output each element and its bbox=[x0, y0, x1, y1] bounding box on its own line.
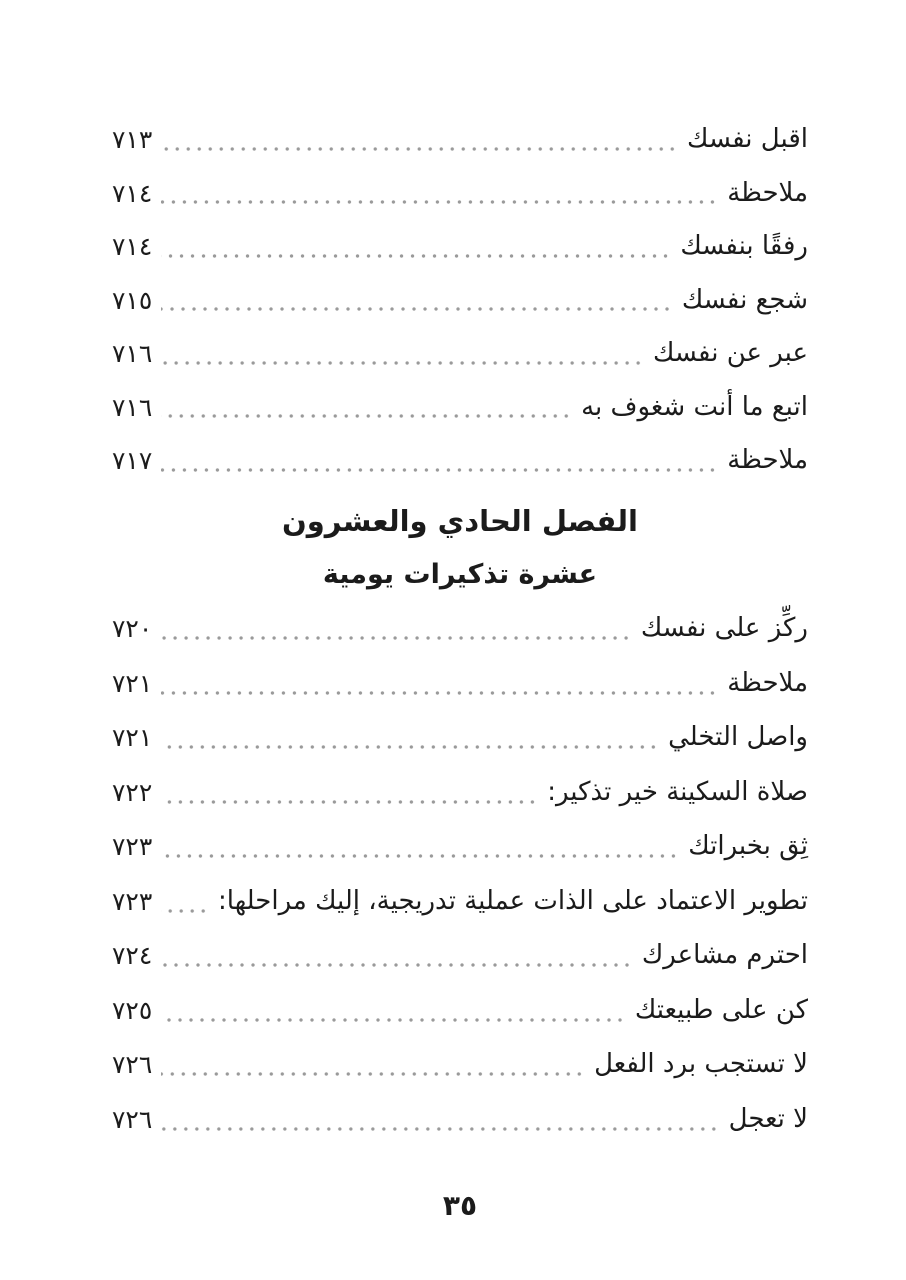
toc-entry-row: اتبع ما أنت شغوف به ٧١٦ bbox=[112, 381, 808, 435]
toc-entry-row: ثِق بخبراتك ٧٢٣ bbox=[112, 820, 808, 875]
toc-entry-row: لا تستجب برد الفعل ٧٢٦ bbox=[112, 1038, 808, 1093]
toc-entry-title: ركِّز على نفسك bbox=[641, 611, 808, 646]
toc-entry-row: رفقًا بنفسك ٧١٤ bbox=[112, 220, 808, 274]
toc-entry-page-number: ٧١٦ bbox=[112, 339, 152, 368]
dot-leader bbox=[161, 929, 633, 984]
toc-entry-row: لا تعجل ٧٢٦ bbox=[112, 1092, 808, 1147]
toc-entry-title: ثِق بخبراتك bbox=[688, 829, 808, 864]
dot-leader bbox=[161, 874, 209, 929]
toc-entry-row: ركِّز على نفسك ٧٢٠ bbox=[112, 602, 808, 657]
dot-leader bbox=[161, 656, 718, 711]
toc-entry-page-number: ٧٢٤ bbox=[112, 941, 152, 970]
toc-entry-page-number: ٧١٤ bbox=[112, 179, 152, 208]
toc-entry-page-number: ٧١٣ bbox=[112, 125, 152, 154]
dot-leader bbox=[161, 983, 626, 1038]
toc-entry-row: عبر عن نفسك ٧١٦ bbox=[112, 327, 808, 381]
dot-leader bbox=[161, 113, 678, 167]
toc-entry-row: اقبل نفسك ٧١٣ bbox=[112, 113, 808, 167]
dot-leader bbox=[161, 1038, 585, 1093]
dot-leader bbox=[161, 434, 718, 488]
toc-entry-page-number: ٧٢٦ bbox=[112, 1105, 152, 1134]
toc-entry-title: شجع نفسك bbox=[682, 283, 808, 318]
toc-entry-title: عبر عن نفسك bbox=[653, 336, 808, 371]
dot-leader bbox=[161, 381, 572, 435]
toc-entry-title: ملاحظة bbox=[727, 176, 808, 211]
toc-entry-page-number: ٧٢٣ bbox=[112, 887, 152, 916]
dot-leader bbox=[161, 220, 671, 274]
toc-entry-title: احترم مشاعرك bbox=[642, 938, 808, 973]
toc-section-1: اقبل نفسك ٧١٣ ملاحظة ٧١٤ رفقًا بنفسك ٧١٤… bbox=[112, 113, 808, 488]
toc-section-2: ركِّز على نفسك ٧٢٠ ملاحظة ٧٢١ واصل التخل… bbox=[112, 602, 808, 1147]
toc-entry-page-number: ٧٢١ bbox=[112, 669, 152, 698]
toc-entry-page-number: ٧١٥ bbox=[112, 286, 152, 315]
toc-entry-title: لا تعجل bbox=[729, 1102, 808, 1137]
chapter-heading-block: الفصل الحادي والعشرون عشرة تذكيرات يومية bbox=[112, 494, 808, 602]
dot-leader bbox=[161, 711, 659, 766]
toc-entry-title: كن على طبيعتك bbox=[635, 993, 808, 1028]
toc-entry-page-number: ٧٢٢ bbox=[112, 778, 152, 807]
toc-entry-title: اقبل نفسك bbox=[687, 122, 808, 157]
dot-leader bbox=[161, 327, 644, 381]
book-page: اقبل نفسك ٧١٣ ملاحظة ٧١٤ رفقًا بنفسك ٧١٤… bbox=[0, 0, 906, 1280]
toc-entry-page-number: ٧٢٣ bbox=[112, 832, 152, 861]
toc-entry-row: ملاحظة ٧١٧ bbox=[112, 434, 808, 488]
toc-entry-row: ملاحظة ٧٢١ bbox=[112, 656, 808, 711]
toc-entry-title: لا تستجب برد الفعل bbox=[594, 1047, 808, 1082]
toc-entry-row: كن على طبيعتك ٧٢٥ bbox=[112, 983, 808, 1038]
chapter-heading: الفصل الحادي والعشرون bbox=[112, 494, 808, 548]
dot-leader bbox=[161, 765, 538, 820]
page-number-footer: ٣٥ bbox=[112, 1189, 808, 1222]
toc-entry-page-number: ٧٢١ bbox=[112, 723, 152, 752]
toc-entry-title: ملاحظة bbox=[727, 666, 808, 701]
toc-entry-row: صلاة السكينة خير تذكير: ٧٢٢ bbox=[112, 765, 808, 820]
toc-entry-page-number: ٧١٦ bbox=[112, 393, 152, 422]
toc-entry-row: شجع نفسك ٧١٥ bbox=[112, 274, 808, 328]
toc-entry-row: احترم مشاعرك ٧٢٤ bbox=[112, 929, 808, 984]
toc-entry-page-number: ٧٢٠ bbox=[112, 614, 152, 643]
toc-entry-row: واصل التخلي ٧٢١ bbox=[112, 711, 808, 766]
toc-entry-page-number: ٧١٧ bbox=[112, 446, 152, 475]
toc-entry-title: رفقًا بنفسك bbox=[680, 229, 808, 264]
toc-entry-title: ملاحظة bbox=[727, 443, 808, 478]
toc-entry-title: تطوير الاعتماد على الذات عملية تدريجية، … bbox=[218, 884, 808, 919]
toc-entry-title: واصل التخلي bbox=[668, 720, 808, 755]
dot-leader bbox=[161, 274, 673, 328]
dot-leader bbox=[161, 602, 632, 657]
dot-leader bbox=[161, 820, 679, 875]
toc-entry-page-number: ٧١٤ bbox=[112, 232, 152, 261]
dot-leader bbox=[161, 167, 718, 221]
toc-entry-title: صلاة السكينة خير تذكير: bbox=[547, 775, 808, 810]
toc-entry-page-number: ٧٢٥ bbox=[112, 996, 152, 1025]
chapter-subtitle: عشرة تذكيرات يومية bbox=[112, 548, 808, 602]
toc-entry-title: اتبع ما أنت شغوف به bbox=[581, 390, 808, 425]
toc-entry-page-number: ٧٢٦ bbox=[112, 1050, 152, 1079]
toc-entry-row: تطوير الاعتماد على الذات عملية تدريجية، … bbox=[112, 874, 808, 929]
dot-leader bbox=[161, 1092, 719, 1147]
toc-entry-row: ملاحظة ٧١٤ bbox=[112, 167, 808, 221]
